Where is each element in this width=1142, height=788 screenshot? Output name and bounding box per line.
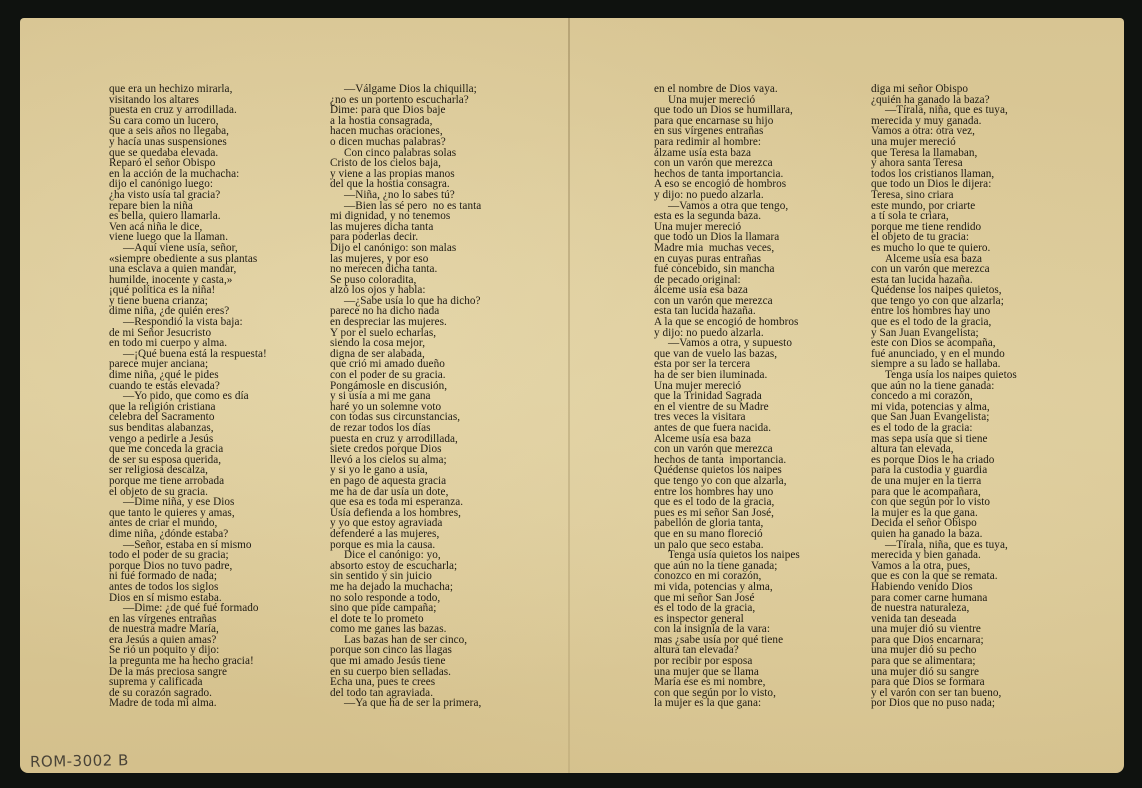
catalog-label: ROM-3002 B [30, 751, 129, 771]
verse-line: en pago de aquesta gracia [330, 476, 481, 487]
verse-line: que tengo yo con que alzarla, [654, 476, 800, 487]
verse-line: y dijo: no puedo alzarla. [654, 190, 800, 201]
verse-line: de rezar todos los días [330, 423, 481, 434]
verse-line: —Ya que ha de ser la primera, [330, 698, 481, 709]
verse-line: Teresa, sino criara [871, 190, 1017, 201]
verse-line: que en su mano floreció [654, 529, 800, 540]
verse-line: o dicen muchas palabras? [330, 137, 481, 148]
verse-line: Habiendo venido Dios [871, 582, 1017, 593]
verse-line: y hacía unas suspensiones [109, 137, 267, 148]
verse-line: Madre mia muchas veces, [654, 243, 800, 254]
page-fold [568, 18, 570, 773]
text-column-3: en el nombre de Dios vaya.Una mujer mere… [654, 84, 800, 709]
verse-line: defenderé a las mujeres, [330, 529, 481, 540]
verse-line: dime niña, ¿dónde estaba? [109, 529, 267, 540]
verse-line: —Aquí viene usía, señor, [109, 243, 267, 254]
verse-line: que era un hechizo mirarla, [109, 84, 267, 95]
verse-line: —Niña, ¿no lo sabes tú? [330, 190, 481, 201]
verse-line: antes de que fuera nacida. [654, 423, 800, 434]
verse-line: la mujer es la que gana: [654, 698, 800, 709]
verse-line: por Dios que no puso nada; [871, 698, 1017, 709]
verse-line: en el nombre de Dios vaya. [654, 84, 800, 95]
verse-line: porque me tiene arrobada [109, 476, 267, 487]
verse-line: es el todo de la gracia: [871, 423, 1017, 434]
verse-line: una mujer mereció [871, 137, 1017, 148]
verse-line: mi vida, potencias y alma, [654, 582, 800, 593]
verse-line: antes de todos los siglos [109, 582, 267, 593]
text-column-1: que era un hechizo mirarla,visitando los… [109, 84, 267, 709]
verse-line: diga mi señor Obispo [871, 84, 1017, 95]
verse-line: para redimir al hombre: [654, 137, 800, 148]
text-column-2: —Válgame Dios la chiquilla;¿no es un por… [330, 84, 481, 709]
verse-line: sus benditas alabanzas, [109, 423, 267, 434]
verse-line: ¿ha visto usía tal gracia? [109, 190, 267, 201]
verse-line: es mucho lo que te quiero. [871, 243, 1017, 254]
text-column-4: diga mi señor Obispo¿quién ha ganado la … [871, 84, 1017, 709]
verse-line: —Válgame Dios la chiquilla; [330, 84, 481, 95]
verse-line: quien ha ganado la baza. [871, 529, 1017, 540]
verse-line: Madre de toda mi alma. [109, 698, 267, 709]
verse-line: Dijo el canónigo: son malas [330, 243, 481, 254]
verse-line: me ha dejado la muchacha; [330, 582, 481, 593]
verse-line: de una mujer en la tierra [871, 476, 1017, 487]
